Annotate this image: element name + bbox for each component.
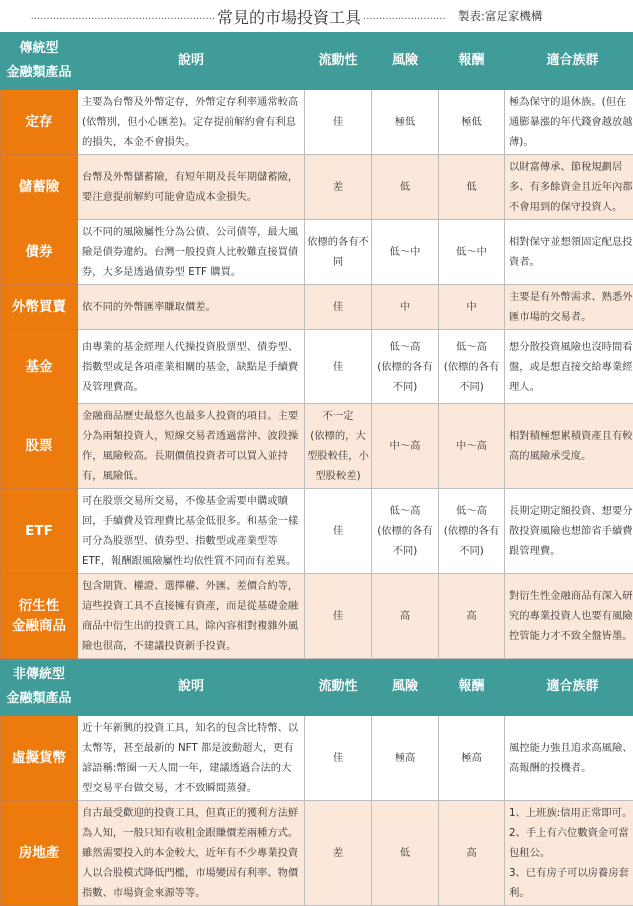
risk-value: 低～高 (依標的各有不同) <box>372 489 439 574</box>
column-header-suitable: 適合族群 <box>505 33 633 90</box>
column-header-return: 報酬 <box>439 659 505 716</box>
risk-value: 低～高 (依標的各有不同) <box>372 330 439 404</box>
column-header-liquidity: 流動性 <box>305 659 372 716</box>
risk-value: 極高 <box>372 716 439 801</box>
product-name: 債券 <box>1 220 78 285</box>
section-header-row: 非傳統型金融類產品說明流動性風險報酬適合族群 <box>1 659 633 716</box>
product-description: 由專業的基金經理人代操投資股票型、債券型、指數型或是各項產業相關的基金，缺點是手… <box>78 330 305 404</box>
product-name: 儲蓄險 <box>1 155 78 220</box>
table-row: 股票金融商品歷史最悠久也最多人投資的項目。主要分為兩類投資人，短線交易者透過當沖… <box>1 404 633 489</box>
column-header-suitable: 適合族群 <box>505 659 633 716</box>
return-value: 中 <box>439 285 505 330</box>
investment-tools-table: 傳統型金融類產品說明流動性風險報酬適合族群定存主要為台幣及外幣定存，外幣定存利率… <box>0 32 633 800</box>
return-value: 高 <box>439 574 505 659</box>
leader-dots: ........................................… <box>0 11 215 22</box>
product-description: 可在股票交易所交易，不像基金需要申購或贖回，手續費及管理費比基金低很多。和基金一… <box>78 489 305 574</box>
suitable-group: 長期定期定額投資、想要分散投資風險也想節省手續費跟管理費。 <box>505 489 633 574</box>
risk-value: 中～高 <box>372 404 439 489</box>
return-value: 低～高 (依標的各有不同) <box>439 330 505 404</box>
liquidity-value: 佳 <box>305 330 372 404</box>
liquidity-value: 佳 <box>305 285 372 330</box>
risk-value: 中 <box>372 285 439 330</box>
liquidity-value: 差 <box>305 155 372 220</box>
liquidity-value: 佳 <box>305 574 372 659</box>
product-description: 金融商品歷史最悠久也最多人投資的項目。主要分為兩類投資人，短線交易者透過當沖、波… <box>78 404 305 489</box>
liquidity-value: 不一定 (依標的，大型股較佳，小型股較差) <box>305 404 372 489</box>
suitable-group: 極為保守的退休族。(但在通膨暴漲的年代錢會越放越薄)。 <box>505 90 633 155</box>
table-row: 外幣買賣依不同的外幣匯率賺取價差。佳中中主要是有外幣需求、熟悉外匯市場的交易者。 <box>1 285 633 330</box>
table-row: 基金由專業的基金經理人代操投資股票型、債券型、指數型或是各項產業相關的基金，缺點… <box>1 330 633 404</box>
product-description: 近十年新興的投資工具，知名的包含比特幣、以太幣等，甚至最新的 NFT 都是波動超… <box>78 716 305 801</box>
section-header-row: 傳統型金融類產品說明流動性風險報酬適合族群 <box>1 33 633 90</box>
column-header-description: 說明 <box>78 33 305 90</box>
column-header-liquidity: 流動性 <box>305 33 372 90</box>
liquidity-value: 依標的各有不同 <box>305 220 372 285</box>
product-description: 以不同的風險屬性分為公債、公司債等，最大風險是債券違約。台灣一般投資人比較難直接… <box>78 220 305 285</box>
risk-value: 高 <box>372 574 439 659</box>
title-bar: ........................................… <box>0 0 633 32</box>
product-name: 基金 <box>1 330 78 404</box>
return-value: 低 <box>439 155 505 220</box>
return-value: 低～中 <box>439 220 505 285</box>
table-row: 債券以不同的風險屬性分為公債、公司債等，最大風險是債券違約。台灣一般投資人比較難… <box>1 220 633 285</box>
column-header-description: 說明 <box>78 659 305 716</box>
product-description: 主要為台幣及外幣定存，外幣定存利率通常較高(依幣別，但小心匯差)。定存提前解約會… <box>78 90 305 155</box>
table-row: 儲蓄險台幣及外幣儲蓄險，有短年期及長年期儲蓄險，要注意提前解約可能會造成本金損失… <box>1 155 633 220</box>
product-name: 定存 <box>1 90 78 155</box>
category-header: 非傳統型金融類產品 <box>1 659 78 716</box>
risk-value: 低～中 <box>372 220 439 285</box>
suitable-group: 相對保守並想領固定配息投資者。 <box>505 220 633 285</box>
return-value: 中～高 <box>439 404 505 489</box>
return-value: 低～高 (依標的各有不同) <box>439 489 505 574</box>
product-name: 股票 <box>1 404 78 489</box>
category-class-label: 金融類產品 <box>1 61 77 85</box>
suitable-group: 以財富傳承、節稅規劃居多、有多餘資金且近年內都不會用到的保守投資人。 <box>505 155 633 220</box>
product-name: ETF <box>1 489 78 574</box>
product-name: 虛擬貨幣 <box>1 716 78 801</box>
column-header-risk: 風險 <box>372 659 439 716</box>
liquidity-value: 佳 <box>305 90 372 155</box>
page-title: 常見的市場投資工具 <box>215 5 363 28</box>
product-description: 包含期貨、權證、選擇權、外匯、差價合約等，這些投資工具不直接擁有資產，而是從基礎… <box>78 574 305 659</box>
return-value: 極高 <box>439 716 505 801</box>
suitable-group: 風控能力強且追求高風險、高報酬的投機者。 <box>505 716 633 801</box>
suitable-group: 主要是有外幣需求、熟悉外匯市場的交易者。 <box>505 285 633 330</box>
suitable-group: 對衍生性金融商品有深入研究的專業投資人也要有風險控管能力才不致全盤皆墨。 <box>505 574 633 659</box>
column-header-return: 報酬 <box>439 33 505 90</box>
category-header: 傳統型金融類產品 <box>1 33 78 90</box>
table-row: 定存主要為台幣及外幣定存，外幣定存利率通常較高(依幣別，但小心匯差)。定存提前解… <box>1 90 633 155</box>
table-row: 衍生性 金融商品包含期貨、權證、選擇權、外匯、差價合約等，這些投資工具不直接擁有… <box>1 574 633 659</box>
product-name: 外幣買賣 <box>1 285 78 330</box>
category-type-label: 非傳統型 <box>1 663 77 687</box>
liquidity-value: 佳 <box>305 489 372 574</box>
product-name: 衍生性 金融商品 <box>1 574 78 659</box>
suitable-group: 想分散投資風險也沒時間看盤，或是想直接交給專業經理人。 <box>505 330 633 404</box>
liquidity-value: 佳 <box>305 716 372 801</box>
column-header-risk: 風險 <box>372 33 439 90</box>
product-description: 依不同的外幣匯率賺取價差。 <box>78 285 305 330</box>
category-class-label: 金融類產品 <box>1 687 77 711</box>
leader-dots: .......................... <box>363 11 458 22</box>
suitable-group: 相對積極想累積資產且有較高的風險承受度。 <box>505 404 633 489</box>
risk-value: 低 <box>372 155 439 220</box>
table-row: ETF可在股票交易所交易，不像基金需要申購或贖回，手續費及管理費比基金低很多。和… <box>1 489 633 574</box>
table-row: 虛擬貨幣近十年新興的投資工具，知名的包含比特幣、以太幣等，甚至最新的 NFT 都… <box>1 716 633 801</box>
author-credit: 製表:富足家機構 <box>458 8 542 24</box>
category-type-label: 傳統型 <box>1 37 77 61</box>
return-value: 極低 <box>439 90 505 155</box>
product-description: 台幣及外幣儲蓄險，有短年期及長年期儲蓄險，要注意提前解約可能會造成本金損失。 <box>78 155 305 220</box>
risk-value: 極低 <box>372 90 439 155</box>
